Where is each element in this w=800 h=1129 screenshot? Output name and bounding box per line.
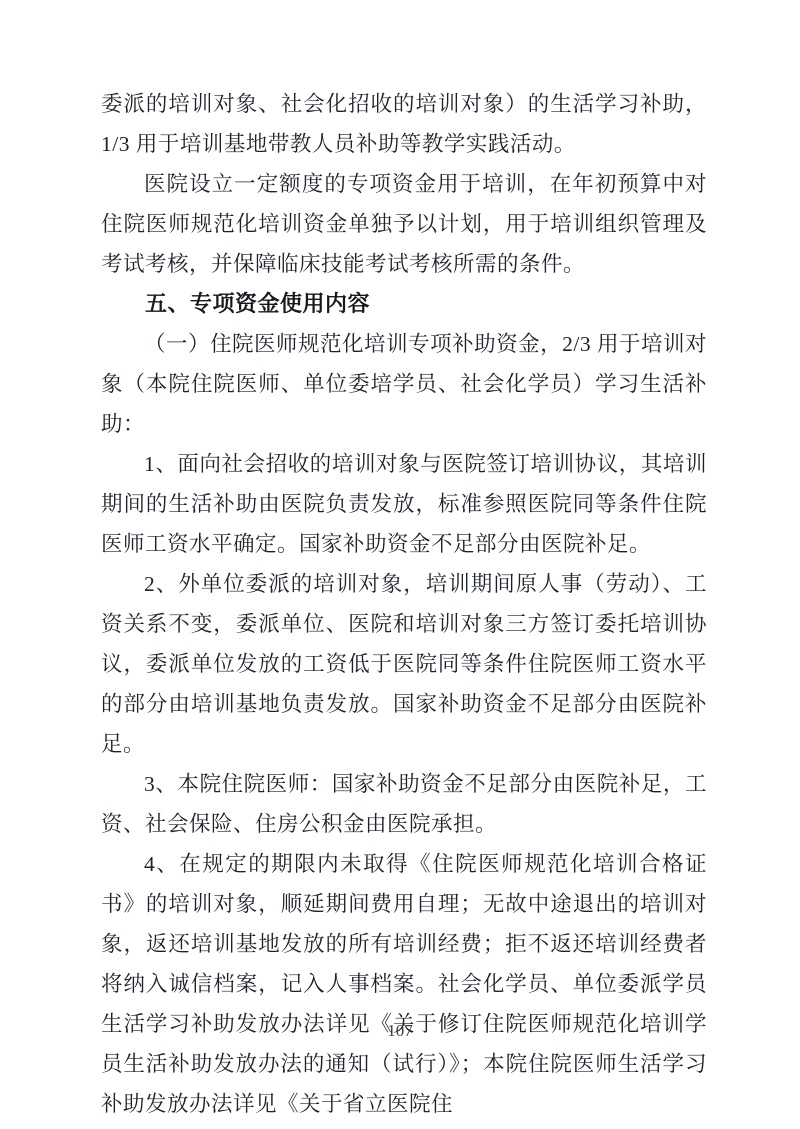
section-heading: 五、专项资金使用内容 — [101, 284, 707, 324]
document-page-body: 委派的培训对象、社会化招收的培训对象）的生活学习补助，1/3 用于培训基地带教人… — [101, 84, 707, 1124]
list-item-1: 1、面向社会招收的培训对象与医院签订培训协议，其培训期间的生活补助由医院负责发放… — [101, 444, 707, 564]
intro-paragraph: 医院设立一定额度的专项资金用于培训，在年初预算中对住院医师规范化培训资金单独予以… — [101, 164, 707, 284]
list-item-3: 3、本院住院医师：国家补助资金不足部分由医院补足，工资、社会保险、住房公积金由医… — [101, 764, 707, 844]
list-item-4: 4、在规定的期限内未取得《住院医师规范化培训合格证书》的培训对象，顺延期间费用自… — [101, 844, 707, 1124]
page-number: 107 — [0, 1019, 800, 1043]
list-item-2: 2、外单位委派的培训对象，培训期间原人事（劳动）、工资关系不变，委派单位、医院和… — [101, 564, 707, 764]
subsection-heading: （一）住院医师规范化培训专项补助资金，2/3 用于培训对象（本院住院医师、单位委… — [101, 324, 707, 444]
continuation-paragraph: 委派的培训对象、社会化招收的培训对象）的生活学习补助，1/3 用于培训基地带教人… — [101, 84, 707, 164]
